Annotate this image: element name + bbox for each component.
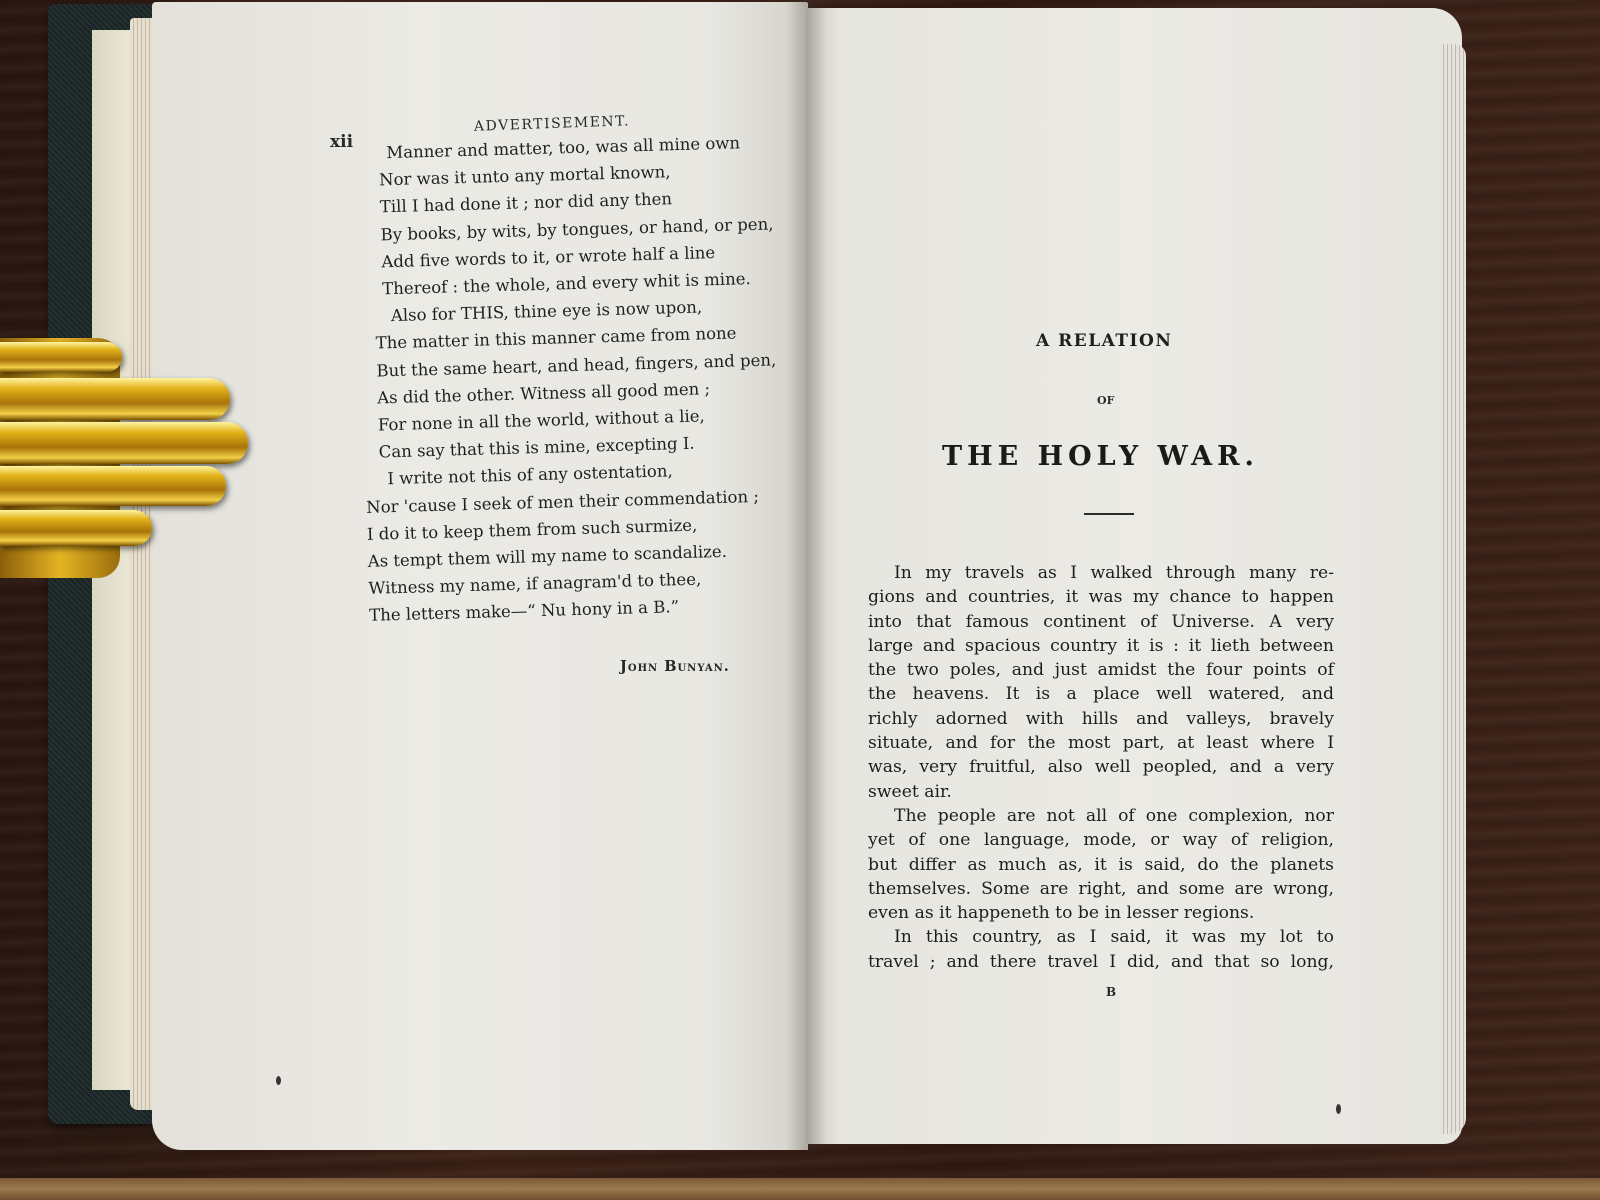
text-line: was, very fruitful, also well peopled, a… — [868, 755, 1334, 779]
title-rule — [1084, 513, 1134, 515]
ink-spot — [276, 1076, 281, 1085]
poem: Manner and matter, too, was all mine own… — [356, 129, 770, 630]
text-line: even as it happeneth to be in lesser reg… — [868, 901, 1334, 925]
author-signature: John Bunyan. — [620, 658, 730, 675]
text-line: In my travels as I walked through many r… — [868, 561, 1334, 585]
signature-mark: B — [1106, 985, 1116, 999]
text-line: yet of one language, mode, or way of rel… — [868, 828, 1334, 852]
title-line-1: A RELATION — [1036, 331, 1176, 351]
text-line: sweet air. — [868, 780, 1334, 804]
ink-spot — [1336, 1104, 1341, 1114]
text-line: gions and countries, it was my chance to… — [868, 585, 1334, 609]
text-line: situate, and for the most part, at least… — [868, 731, 1334, 755]
clip-finger — [0, 466, 226, 506]
text-line: but differ as much as, it is said, do th… — [868, 853, 1334, 877]
clip-thumb — [0, 342, 122, 372]
title-line-2: OF — [1097, 394, 1114, 407]
text-line: richly adorned with hills and valleys, b… — [868, 707, 1334, 731]
body-text: In my travels as I walked through many r… — [868, 561, 1334, 974]
text-line: large and spacious country it is : it li… — [868, 634, 1334, 658]
page-number: xii — [330, 132, 353, 152]
gutter — [786, 0, 826, 1150]
text-line: themselves. Some are right, and some are… — [868, 877, 1334, 901]
chapter-title: THE HOLY WAR. — [942, 441, 1259, 472]
text-line: travel ; and there travel I did, and tha… — [868, 950, 1334, 974]
text-line: The people are not all of one complexion… — [868, 804, 1334, 828]
table-edge — [0, 1178, 1600, 1200]
text-line: In this country, as I said, it was my lo… — [868, 925, 1334, 949]
clip-finger — [0, 422, 248, 464]
text-line: the heavens. It is a place well watered,… — [868, 682, 1334, 706]
gold-hand-clip — [0, 338, 250, 578]
clip-finger — [0, 510, 152, 546]
clip-finger — [0, 378, 230, 420]
text-line: the two poles, and just amidst the four … — [868, 658, 1334, 682]
page-block-edges-right — [1440, 44, 1466, 1134]
text-line: into that famous continent of Universe. … — [868, 610, 1334, 634]
